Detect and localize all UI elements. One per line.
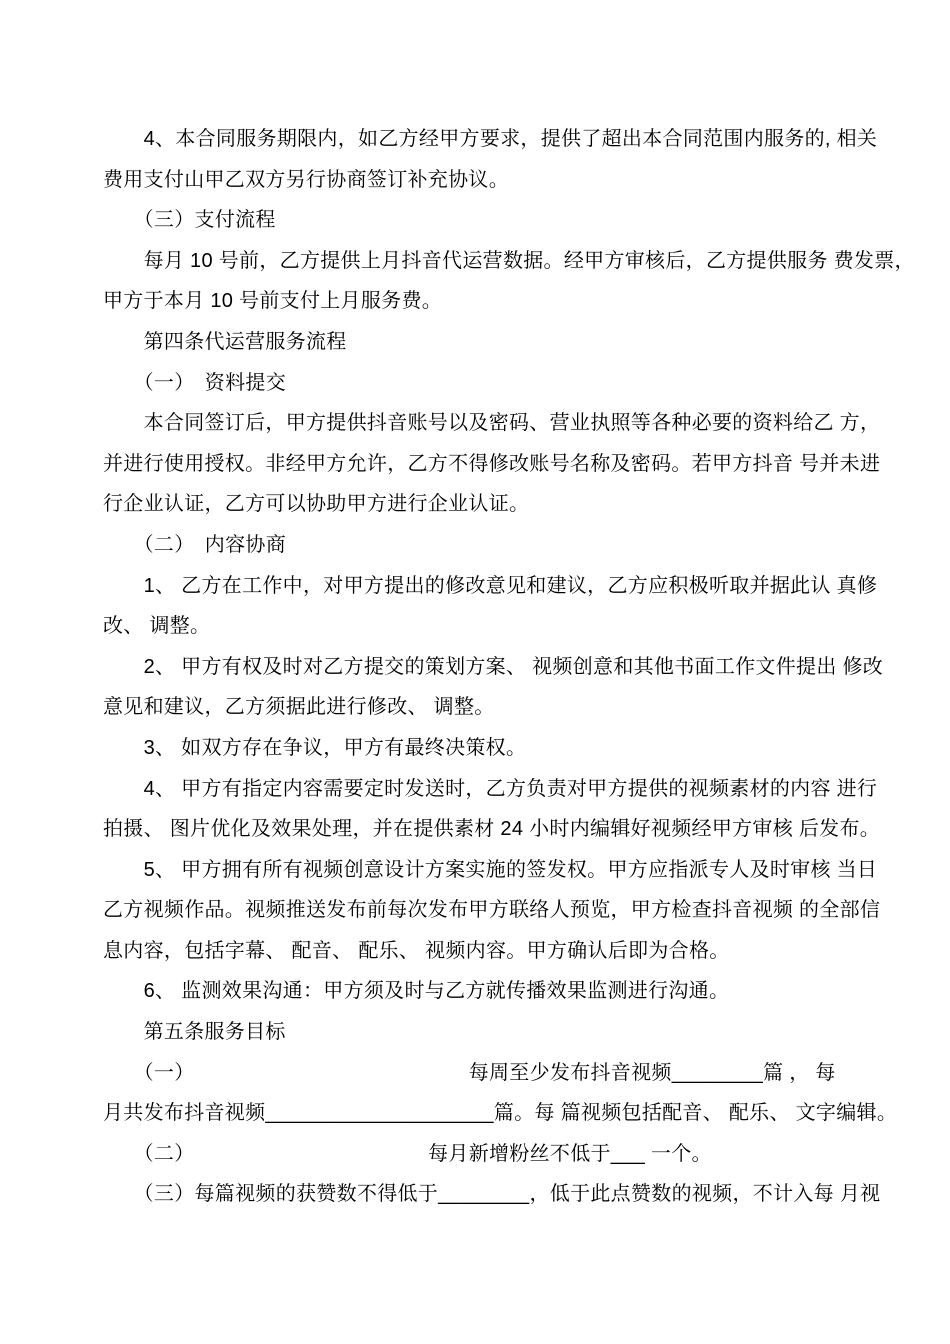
document-line: 每月 10 号前，乙方提供上月抖音代运营数据。经甲方审核后，乙方提供服务 费发票… (103, 241, 893, 282)
document-line: 乙方视频作品。视频推送发布前每次发布甲方联络人预览，甲方检查抖音视频 的全部信 (103, 890, 893, 931)
document-line: 并进行使用授权。非经甲方允许，乙方不得修改账号名称及密码。若甲方抖音 号并未进 (103, 444, 893, 485)
document-line: 息内容，包括字幕、 配音、 配乐、 视频内容。甲方确认后即为合格。 (103, 931, 893, 972)
document-line: 5、 甲方拥有所有视频创意设计方案实施的签发权。甲方应指派专人及时审核 当日 (103, 850, 893, 891)
document-line: 2、 甲方有权及时对乙方提交的策划方案、 视频创意和其他书面工作文件提出 修改 (103, 647, 893, 688)
document-line: 4、 甲方有指定内容需要定时发送时，乙方负责对甲方提供的视频素材的内容 进行 (103, 769, 893, 810)
blank-fill-line-likes-threshold: （三）每篇视频的获赞数不得低于________，低于此点赞数的视频，不计入每 月… (103, 1174, 893, 1215)
section-heading-article-4: 第四条代运营服务流程 (103, 322, 893, 363)
section-subheading-content-negotiation: （二） 内容协商 (103, 525, 893, 566)
document-line: 1、 乙方在工作中，对甲方提出的修改意见和建议，乙方应积极听取并据此认 真修 (103, 566, 893, 607)
section-subheading-payment-process: （三）支付流程 (103, 200, 893, 241)
document-page: 4、本合同服务期限内，如乙方经甲方要求，提供了超出本合同范围内服务的, 相关 费… (0, 0, 950, 1344)
document-line: 6、 监测效果沟通：甲方须及时与乙方就传播效果监测进行沟通。 (103, 971, 893, 1012)
document-line: 甲方于本月 10 号前支付上月服务费。 (103, 281, 893, 322)
document-line: 意见和建议，乙方须据此进行修改、 调整。 (103, 687, 893, 728)
document-line: 行企业认证，乙方可以协助甲方进行企业认证。 (103, 484, 893, 525)
document-line: 拍摄、 图片优化及效果处理，并在提供素材 24 小时内编辑好视频经甲方审核 后发… (103, 809, 893, 850)
blank-fill-line-weekly-videos: （一） 每周至少发布抖音视频________篇 ， 每 (103, 1053, 893, 1094)
document-line: 3、 如双方存在争议，甲方有最终决策权。 (103, 728, 893, 769)
section-subheading-material-submission: （一） 资料提交 (103, 363, 893, 404)
document-line: 本合同签订后，甲方提供抖音账号以及密码、营业执照等各种必要的资料给乙 方， (103, 403, 893, 444)
section-heading-article-5: 第五条服务目标 (103, 1012, 893, 1053)
blank-fill-line-monthly-fans: （二） 每月新增粉丝不低于___ 一个。 (103, 1134, 893, 1175)
blank-fill-line-monthly-videos: 月共发布抖音视频____________________篇。每 篇视频包括配音、… (103, 1093, 893, 1134)
document-line: 费用支付山甲乙双方另行协商签订补充协议。 (103, 160, 893, 201)
document-line: 改、 调整。 (103, 606, 893, 647)
document-line: 4、本合同服务期限内，如乙方经甲方要求，提供了超出本合同范围内服务的, 相关 (103, 119, 893, 160)
contract-body: 4、本合同服务期限内，如乙方经甲方要求，提供了超出本合同范围内服务的, 相关 费… (103, 119, 893, 1215)
